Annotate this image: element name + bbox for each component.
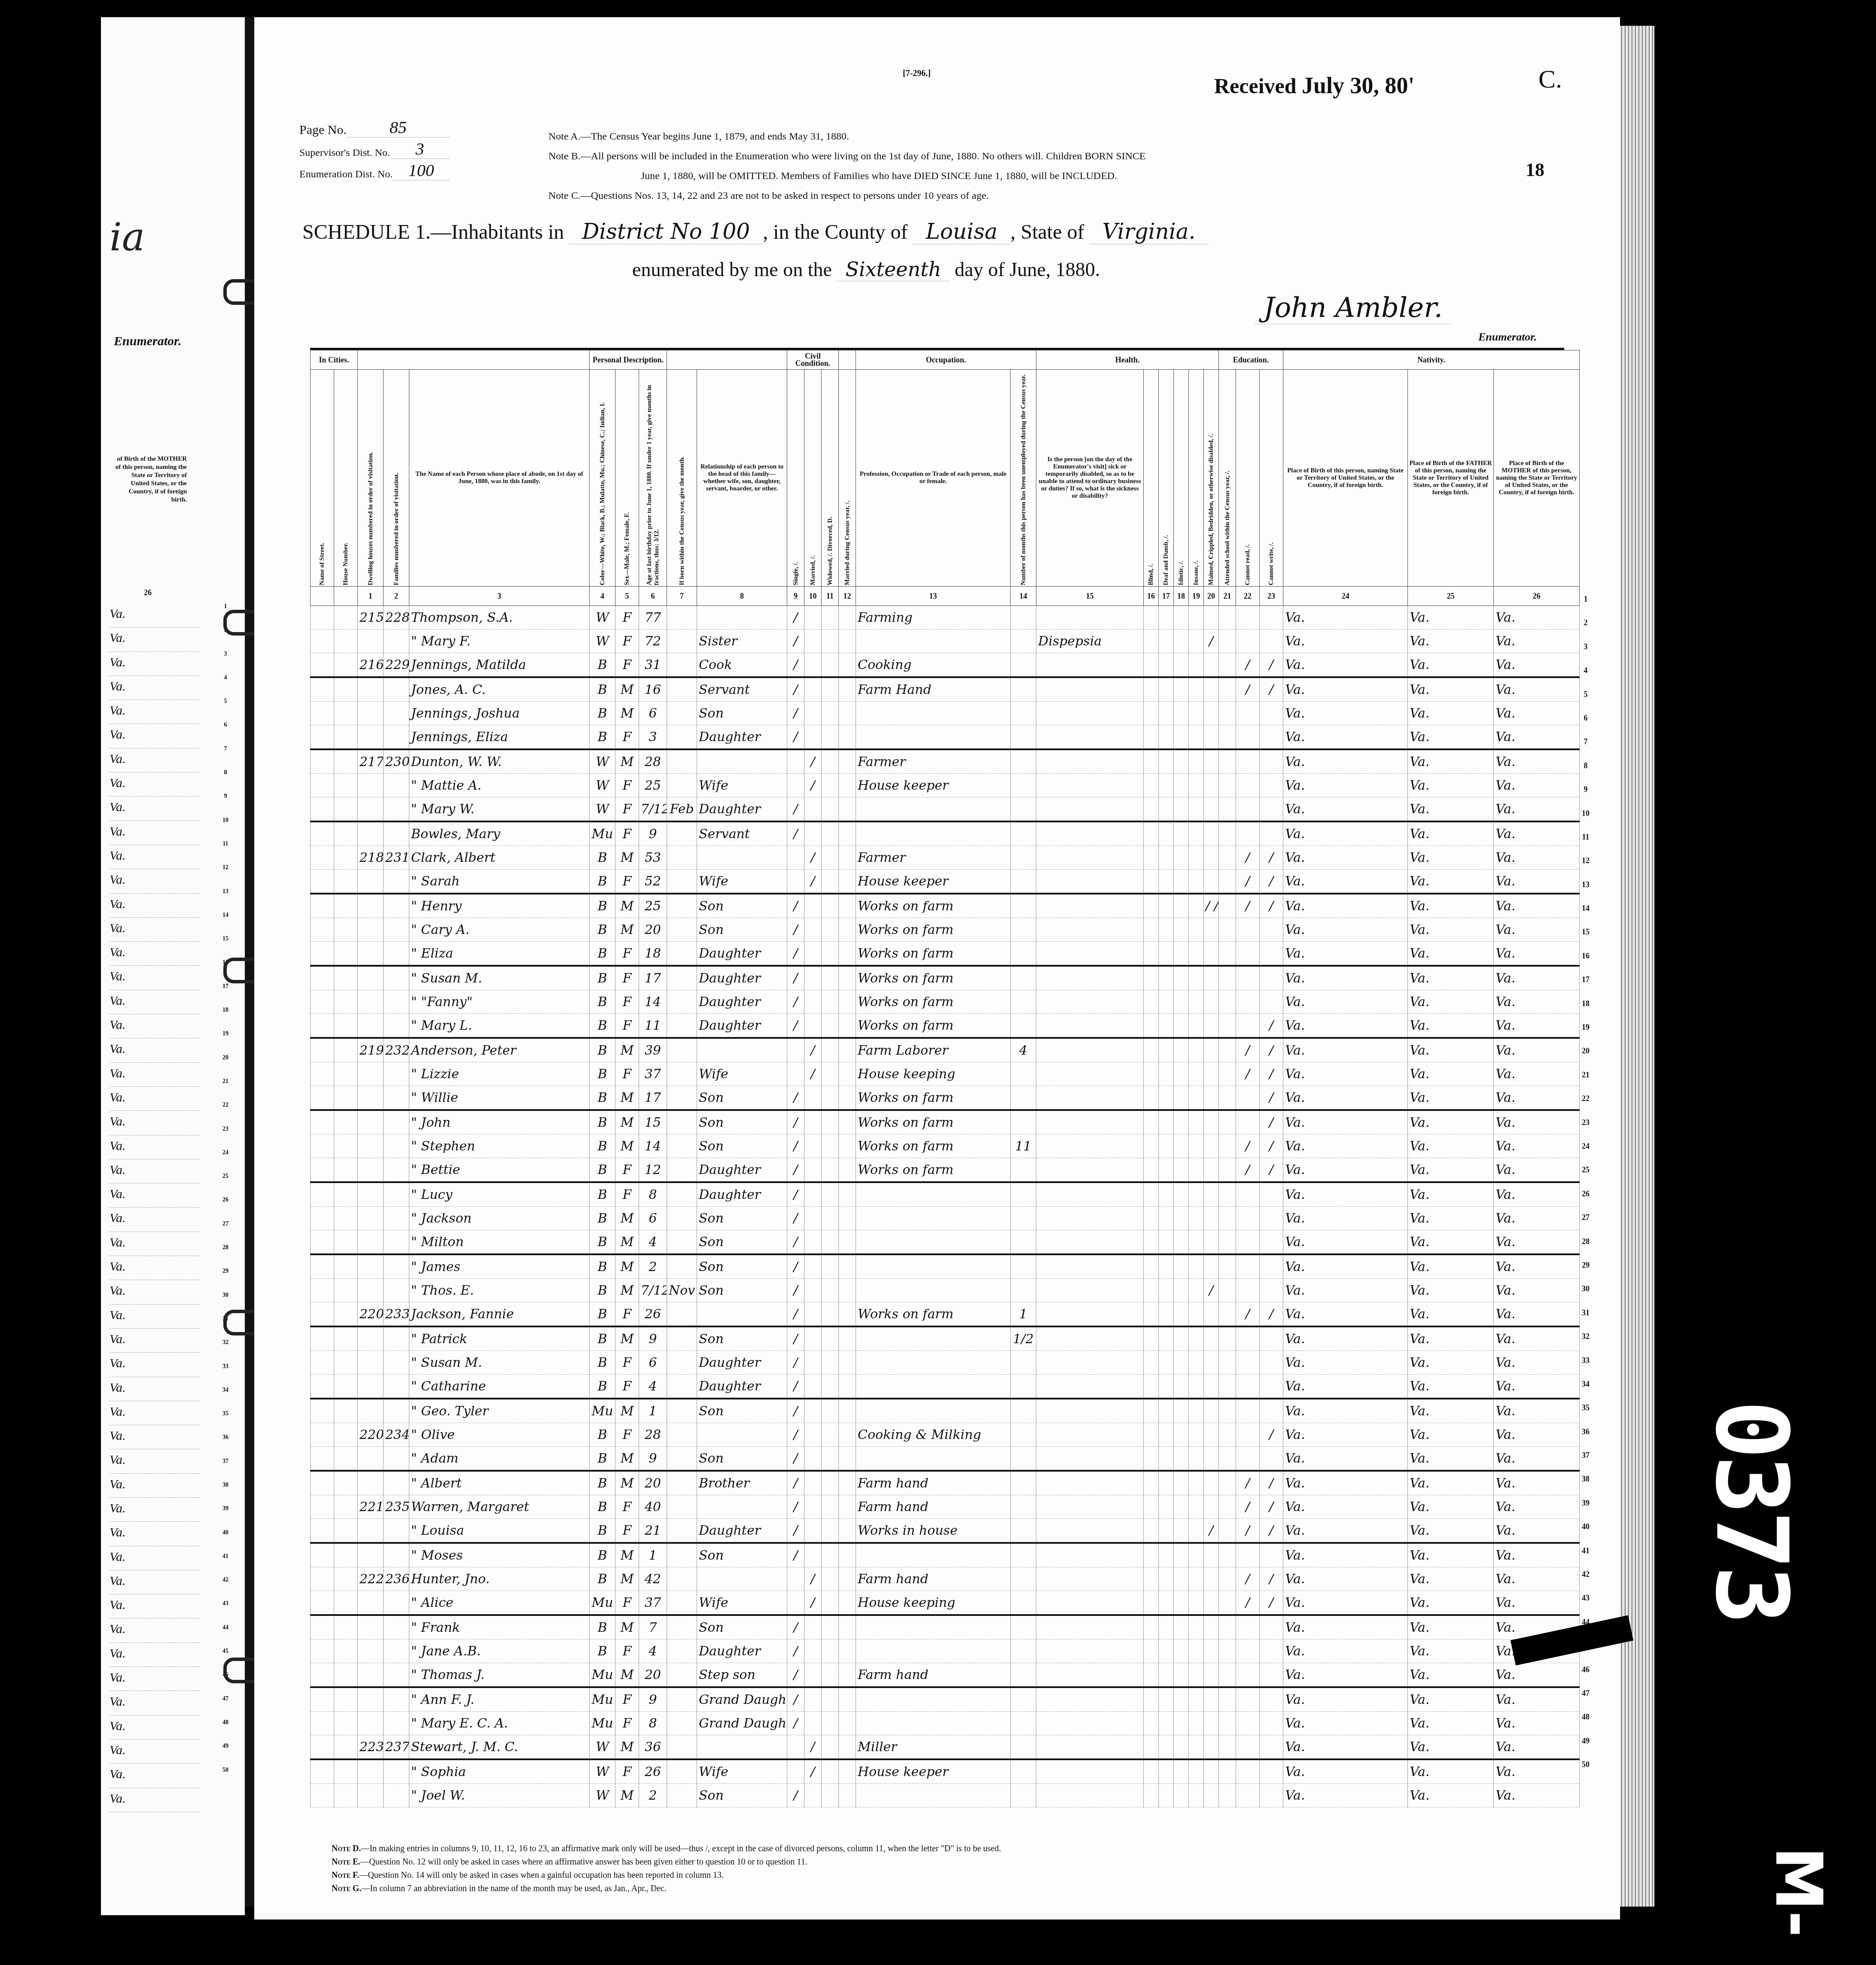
birthplace-cell: Va. [1283,1135,1408,1158]
insane-cell [1189,1663,1204,1688]
sickness-cell [1036,1567,1144,1591]
relationship-cell: Son [697,894,787,918]
birth-month-cell [667,1663,697,1688]
column-header-label: Single, /. [787,370,804,587]
dwelling-cell [358,1519,384,1543]
dwelling-cell [358,1158,384,1183]
unemployed-months-cell [1011,606,1036,630]
married-census-year-cell [839,1110,856,1135]
father-birthplace-cell: Va. [1408,725,1494,750]
left-page-row-number: 5 [217,698,234,722]
column-number: 18 [1174,587,1189,606]
occupation-cell: Works on farm [856,1158,1011,1183]
row-number: 27 [1577,1213,1594,1237]
birth-month-cell [667,1423,697,1447]
unemployed-months-cell [1011,1615,1036,1640]
house-cell [334,774,358,797]
insane-cell [1189,1495,1204,1519]
house-cell [334,1279,358,1302]
family-cell [384,1279,409,1302]
film-frame-suffix: M- [1761,1846,1836,1938]
occupation-cell [856,1326,1011,1351]
cannot-write-cell [1260,1230,1283,1255]
sickness-cell [1036,677,1144,702]
dwelling-cell [358,1759,384,1784]
family-cell [384,1254,409,1279]
cannot-read-cell: / [1236,894,1260,918]
note-b-continued: June 1, 1880, will be OMITTED. Members o… [548,166,1536,186]
sickness-cell [1036,1543,1144,1567]
father-birthplace-cell: Va. [1408,606,1494,630]
birth-month-cell [667,774,697,797]
occupation-cell [856,1615,1011,1640]
street-cell [311,1735,334,1760]
street-cell [311,1375,334,1399]
name-cell: " Ann F. J. [409,1687,590,1712]
left-page-row-number: 40 [217,1530,234,1553]
birth-month-cell [667,1254,697,1279]
dwelling-cell [358,1784,384,1807]
blind-cell [1144,918,1159,942]
blind-cell [1144,1038,1159,1062]
house-cell [334,1038,358,1062]
mother-birthplace-cell: Va. [1494,918,1580,942]
relationship-cell: Daughter [697,797,787,822]
married-census-year-cell [839,918,856,942]
relationship-cell: Daughter [697,966,787,990]
blind-cell [1144,1687,1159,1712]
color-cell: B [590,1062,615,1086]
school-cell [1219,1254,1236,1279]
unemployed-months-cell [1011,1447,1036,1471]
name-cell: Jones, A. C. [409,677,590,702]
sex-cell: M [615,1663,639,1688]
insane-cell [1189,821,1204,846]
name-cell: " John [409,1110,590,1135]
left-page-birthplace-cell: Va. [110,1111,200,1135]
deaf-cell [1159,702,1174,725]
maimed-cell [1204,677,1219,702]
left-page-birthplace-cell: Va. [110,1570,200,1594]
unemployed-months-cell [1011,1784,1036,1807]
married-cell [804,1399,822,1423]
married-cell [804,1640,822,1663]
left-page-birthplace-cell: Va. [110,1280,200,1304]
occupation-cell: Works on farm [856,942,1011,966]
left-page-row-numbers: 1234567891011121314151617181920212223242… [217,603,234,1791]
name-cell: " Albert [409,1471,590,1495]
left-page-birthplace-cell: Va. [110,1256,200,1280]
married-census-year-cell [839,821,856,846]
sickness-cell [1036,1423,1144,1447]
left-page-birthplace-cell: Va. [110,845,200,869]
row-number: 25 [1577,1165,1594,1189]
widowed-cell [822,797,839,822]
insane-cell [1189,797,1204,822]
note-b: Note B.—All persons will be included in … [548,146,1536,166]
left-page-row-number: 19 [217,1031,234,1054]
unemployed-months-cell [1011,1543,1036,1567]
cannot-read-cell [1236,918,1260,942]
table-row: 219232Anderson, PeterBM39/Farm Laborer4/… [311,1038,1580,1062]
age-cell: 4 [639,1375,667,1399]
column-number: 25 [1408,587,1494,606]
occupation-cell: Farming [856,606,1011,630]
insane-cell [1189,606,1204,630]
column-header-label: Is the person [on the day of the Enumera… [1036,370,1144,587]
unemployed-months-cell [1011,1567,1036,1591]
maimed-cell [1204,1495,1219,1519]
birth-month-cell [667,1495,697,1519]
table-row: " Geo. TylerMuM1Son/Va.Va.Va. [311,1399,1580,1423]
maimed-cell [1204,797,1219,822]
column-number: 11 [822,587,839,606]
table-row: " FrankBM7Son/Va.Va.Va. [311,1615,1580,1640]
single-cell [787,1062,804,1086]
column-number: 15 [1036,587,1144,606]
sex-cell: M [615,1135,639,1158]
supervisor-label: Supervisor's Dist. No. [299,147,390,159]
family-cell: 233 [384,1302,409,1327]
cannot-write-cell [1260,1351,1283,1375]
maimed-cell [1204,1567,1219,1591]
blind-cell [1144,1110,1159,1135]
dwelling-cell [358,1640,384,1663]
family-cell [384,1326,409,1351]
mother-birthplace-cell: Va. [1494,1759,1580,1784]
married-cell: / [804,1735,822,1760]
blind-cell [1144,1543,1159,1567]
name-cell: " "Fanny" [409,990,590,1014]
unemployed-months-cell [1011,1375,1036,1399]
blind-cell [1144,1640,1159,1663]
occupation-cell: Farm hand [856,1567,1011,1591]
dwelling-cell [358,1543,384,1567]
mother-birthplace-cell: Va. [1494,1735,1580,1760]
color-cell: Mu [590,821,615,846]
street-cell [311,1615,334,1640]
blind-cell [1144,653,1159,678]
left-page-row-number: 3 [217,651,234,675]
birth-month-cell [667,1784,697,1807]
deaf-cell [1159,1302,1174,1327]
maimed-cell [1204,1640,1219,1663]
dwelling-cell: 216 [358,653,384,678]
cannot-read-cell [1236,1543,1260,1567]
cannot-write-cell [1260,1254,1283,1279]
relationship-cell: Son [697,1110,787,1135]
relationship-cell: Sister [697,630,787,653]
column-header-label: The Name of each Person whose place of a… [409,370,590,587]
cannot-write-cell: / [1260,653,1283,678]
house-cell [334,966,358,990]
idiotic-cell [1174,749,1189,774]
father-birthplace-cell: Va. [1408,846,1494,870]
idiotic-cell [1174,990,1189,1014]
cannot-write-cell: / [1260,1471,1283,1495]
occupation-cell [856,1543,1011,1567]
married-cell: / [804,870,822,894]
enumeration-value: 100 [393,161,450,180]
left-page-row-number: 48 [217,1719,234,1743]
father-birthplace-cell: Va. [1408,1423,1494,1447]
birthplace-cell: Va. [1283,1375,1408,1399]
mother-birthplace-cell: Va. [1494,1447,1580,1471]
birthplace-cell: Va. [1283,1230,1408,1255]
birthplace-cell: Va. [1283,1447,1408,1471]
insane-cell [1189,1735,1204,1760]
age-cell: 53 [639,846,667,870]
house-cell [334,1086,358,1110]
birthplace-cell: Va. [1283,1687,1408,1712]
maimed-cell [1204,1110,1219,1135]
married-census-year-cell [839,1663,856,1688]
name-cell: Jennings, Eliza [409,725,590,750]
dwelling-cell [358,918,384,942]
cannot-read-cell: / [1236,1062,1260,1086]
age-cell: 26 [639,1759,667,1784]
left-page-birthplace-cell: Va. [110,724,200,748]
birthplace-cell: Va. [1283,774,1408,797]
name-cell: Thompson, S.A. [409,606,590,630]
age-cell: 9 [639,1326,667,1351]
married-cell [804,1014,822,1038]
row-number: 23 [1577,1118,1594,1142]
widowed-cell [822,606,839,630]
insane-cell [1189,1447,1204,1471]
age-cell: 8 [639,1182,667,1207]
blind-cell [1144,1302,1159,1327]
color-cell: B [590,725,615,750]
unemployed-months-cell [1011,1471,1036,1495]
insane-cell [1189,1375,1204,1399]
row-number: 41 [1577,1546,1594,1570]
cannot-read-cell [1236,1375,1260,1399]
married-census-year-cell [839,1471,856,1495]
insane-cell [1189,1302,1204,1327]
row-number: 38 [1577,1475,1594,1498]
idiotic-cell [1174,630,1189,653]
left-page-birthplace-cell: Va. [110,603,200,627]
house-cell [334,1326,358,1351]
widowed-cell [822,1182,839,1207]
unemployed-months-cell [1011,677,1036,702]
left-page-birthplace-cell: Va. [110,652,200,676]
mother-birthplace-cell: Va. [1494,894,1580,918]
widowed-cell [822,1687,839,1712]
color-cell: Mu [590,1591,615,1615]
cannot-write-cell: / [1260,1519,1283,1543]
school-cell [1219,1735,1236,1760]
birthplace-cell: Va. [1283,821,1408,846]
father-birthplace-cell: Va. [1408,1062,1494,1086]
deaf-cell [1159,918,1174,942]
sex-cell: F [615,942,639,966]
house-cell [334,870,358,894]
table-row: " LizzieBF37Wife/House keeping//Va.Va.Va… [311,1062,1580,1086]
father-birthplace-cell: Va. [1408,1495,1494,1519]
dwelling-cell [358,1663,384,1688]
maimed-cell: / [1204,1519,1219,1543]
married-census-year-cell [839,894,856,918]
table-row: " Thos. E.BM7/12NovSon//Va.Va.Va. [311,1279,1580,1302]
left-page-birthplace-cell: Va. [110,773,200,797]
cannot-read-cell: / [1236,1471,1260,1495]
widowed-cell [822,1375,839,1399]
schedule-prefix: SCHEDULE 1.—Inhabitants in [302,221,564,243]
row-number: 36 [1577,1427,1594,1451]
blind-cell [1144,1182,1159,1207]
idiotic-cell [1174,1495,1189,1519]
sex-cell: F [615,1351,639,1375]
street-cell [311,1543,334,1567]
house-cell [334,1182,358,1207]
sickness-cell [1036,1640,1144,1663]
age-cell: 2 [639,1784,667,1807]
table-row: 221235Warren, MargaretBF40/Farm hand//Va… [311,1495,1580,1519]
birthplace-cell: Va. [1283,1351,1408,1375]
page-metadata: Page No. 85 Supervisor's Dist. No. 3 Enu… [299,116,450,180]
unemployed-months-cell [1011,1182,1036,1207]
street-cell [311,1014,334,1038]
family-cell [384,966,409,990]
maimed-cell [1204,653,1219,678]
dwelling-cell [358,1471,384,1495]
occupation-cell [856,1712,1011,1735]
sickness-cell [1036,1254,1144,1279]
blind-cell [1144,774,1159,797]
occupation-cell: House keeping [856,1062,1011,1086]
married-cell [804,1423,822,1447]
unemployed-months-cell [1011,1014,1036,1038]
cannot-read-cell: / [1236,1302,1260,1327]
name-cell: " Thomas J. [409,1663,590,1688]
dwelling-cell [358,1135,384,1158]
widowed-cell [822,821,839,846]
color-cell: B [590,966,615,990]
row-number: 29 [1577,1261,1594,1284]
deaf-cell [1159,1471,1174,1495]
row-number: 15 [1577,928,1594,951]
page-no-row: Page No. 85 [299,116,450,137]
birthplace-cell: Va. [1283,1158,1408,1183]
left-page-row-number: 4 [217,675,234,698]
birthplace-cell: Va. [1283,1062,1408,1086]
row-number: 3 [1577,642,1594,666]
row-number: 17 [1577,975,1594,999]
house-cell [334,1784,358,1807]
single-cell: / [787,1254,804,1279]
family-cell [384,797,409,822]
birth-month-cell [667,677,697,702]
name-cell: " Geo. Tyler [409,1399,590,1423]
unemployed-months-cell [1011,1230,1036,1255]
birth-month-cell [667,1735,697,1760]
left-page-row-number: 43 [217,1600,234,1624]
married-census-year-cell [839,1519,856,1543]
left-page-row-number: 50 [217,1767,234,1791]
table-row: 218231Clark, AlbertBM53/Farmer//Va.Va.Va… [311,846,1580,870]
widowed-cell [822,1784,839,1807]
idiotic-cell [1174,1230,1189,1255]
blind-cell [1144,749,1159,774]
column-number: 26 [1494,587,1580,606]
maimed-cell [1204,1615,1219,1640]
house-cell [334,1543,358,1567]
cannot-write-cell [1260,918,1283,942]
column-number: 2 [384,587,409,606]
family-cell: 234 [384,1423,409,1447]
color-cell: W [590,749,615,774]
occupation-cell: Works on farm [856,990,1011,1014]
sickness-cell [1036,1447,1144,1471]
left-page-row-number: 44 [217,1624,234,1648]
cannot-write-cell: / [1260,1062,1283,1086]
table-row: " MosesBM1Son/Va.Va.Va. [311,1543,1580,1567]
family-cell [384,702,409,725]
unemployed-months-cell [1011,1423,1036,1447]
left-page-birthplace-cell: Va. [110,1691,200,1715]
blind-cell [1144,1471,1159,1495]
group-civil: Civil Condition. [787,350,839,370]
occupation-cell [856,1375,1011,1399]
color-cell: Mu [590,1399,615,1423]
dwelling-cell [358,1086,384,1110]
name-cell: " Lucy [409,1182,590,1207]
table-row: " SophiaWF26Wife/House keeperVa.Va.Va. [311,1759,1580,1784]
street-cell [311,677,334,702]
maimed-cell [1204,1663,1219,1688]
school-cell [1219,1302,1236,1327]
street-cell [311,990,334,1014]
dwelling-cell [358,630,384,653]
mother-birthplace-cell: Va. [1494,1519,1580,1543]
note-key: Note E. [332,1857,360,1867]
house-cell [334,1135,358,1158]
insane-cell [1189,1158,1204,1183]
occupation-cell: Cooking & Milking [856,1423,1011,1447]
left-page-birthplace-cell: Va. [110,1208,200,1232]
unemployed-months-cell [1011,1687,1036,1712]
insane-cell [1189,1712,1204,1735]
idiotic-cell [1174,1591,1189,1615]
idiotic-cell [1174,1279,1189,1302]
row-number: 31 [1577,1308,1594,1332]
age-cell: 9 [639,1687,667,1712]
house-cell [334,1254,358,1279]
married-cell [804,821,822,846]
unemployed-months-cell [1011,1086,1036,1110]
family-cell [384,725,409,750]
idiotic-cell [1174,942,1189,966]
birth-month-cell [667,1759,697,1784]
married-census-year-cell [839,1351,856,1375]
sex-cell: M [615,894,639,918]
father-birthplace-cell: Va. [1408,630,1494,653]
age-cell: 7/12 [639,1279,667,1302]
maimed-cell [1204,1014,1219,1038]
school-cell [1219,1423,1236,1447]
occupation-cell: Cooking [856,653,1011,678]
street-cell [311,1182,334,1207]
birthplace-cell: Va. [1283,990,1408,1014]
school-cell [1219,966,1236,990]
left-page-birthplace-cell: Va. [110,1135,200,1159]
column-number: 6 [639,587,667,606]
idiotic-cell [1174,677,1189,702]
sex-cell: M [615,1326,639,1351]
sickness-cell [1036,1471,1144,1495]
